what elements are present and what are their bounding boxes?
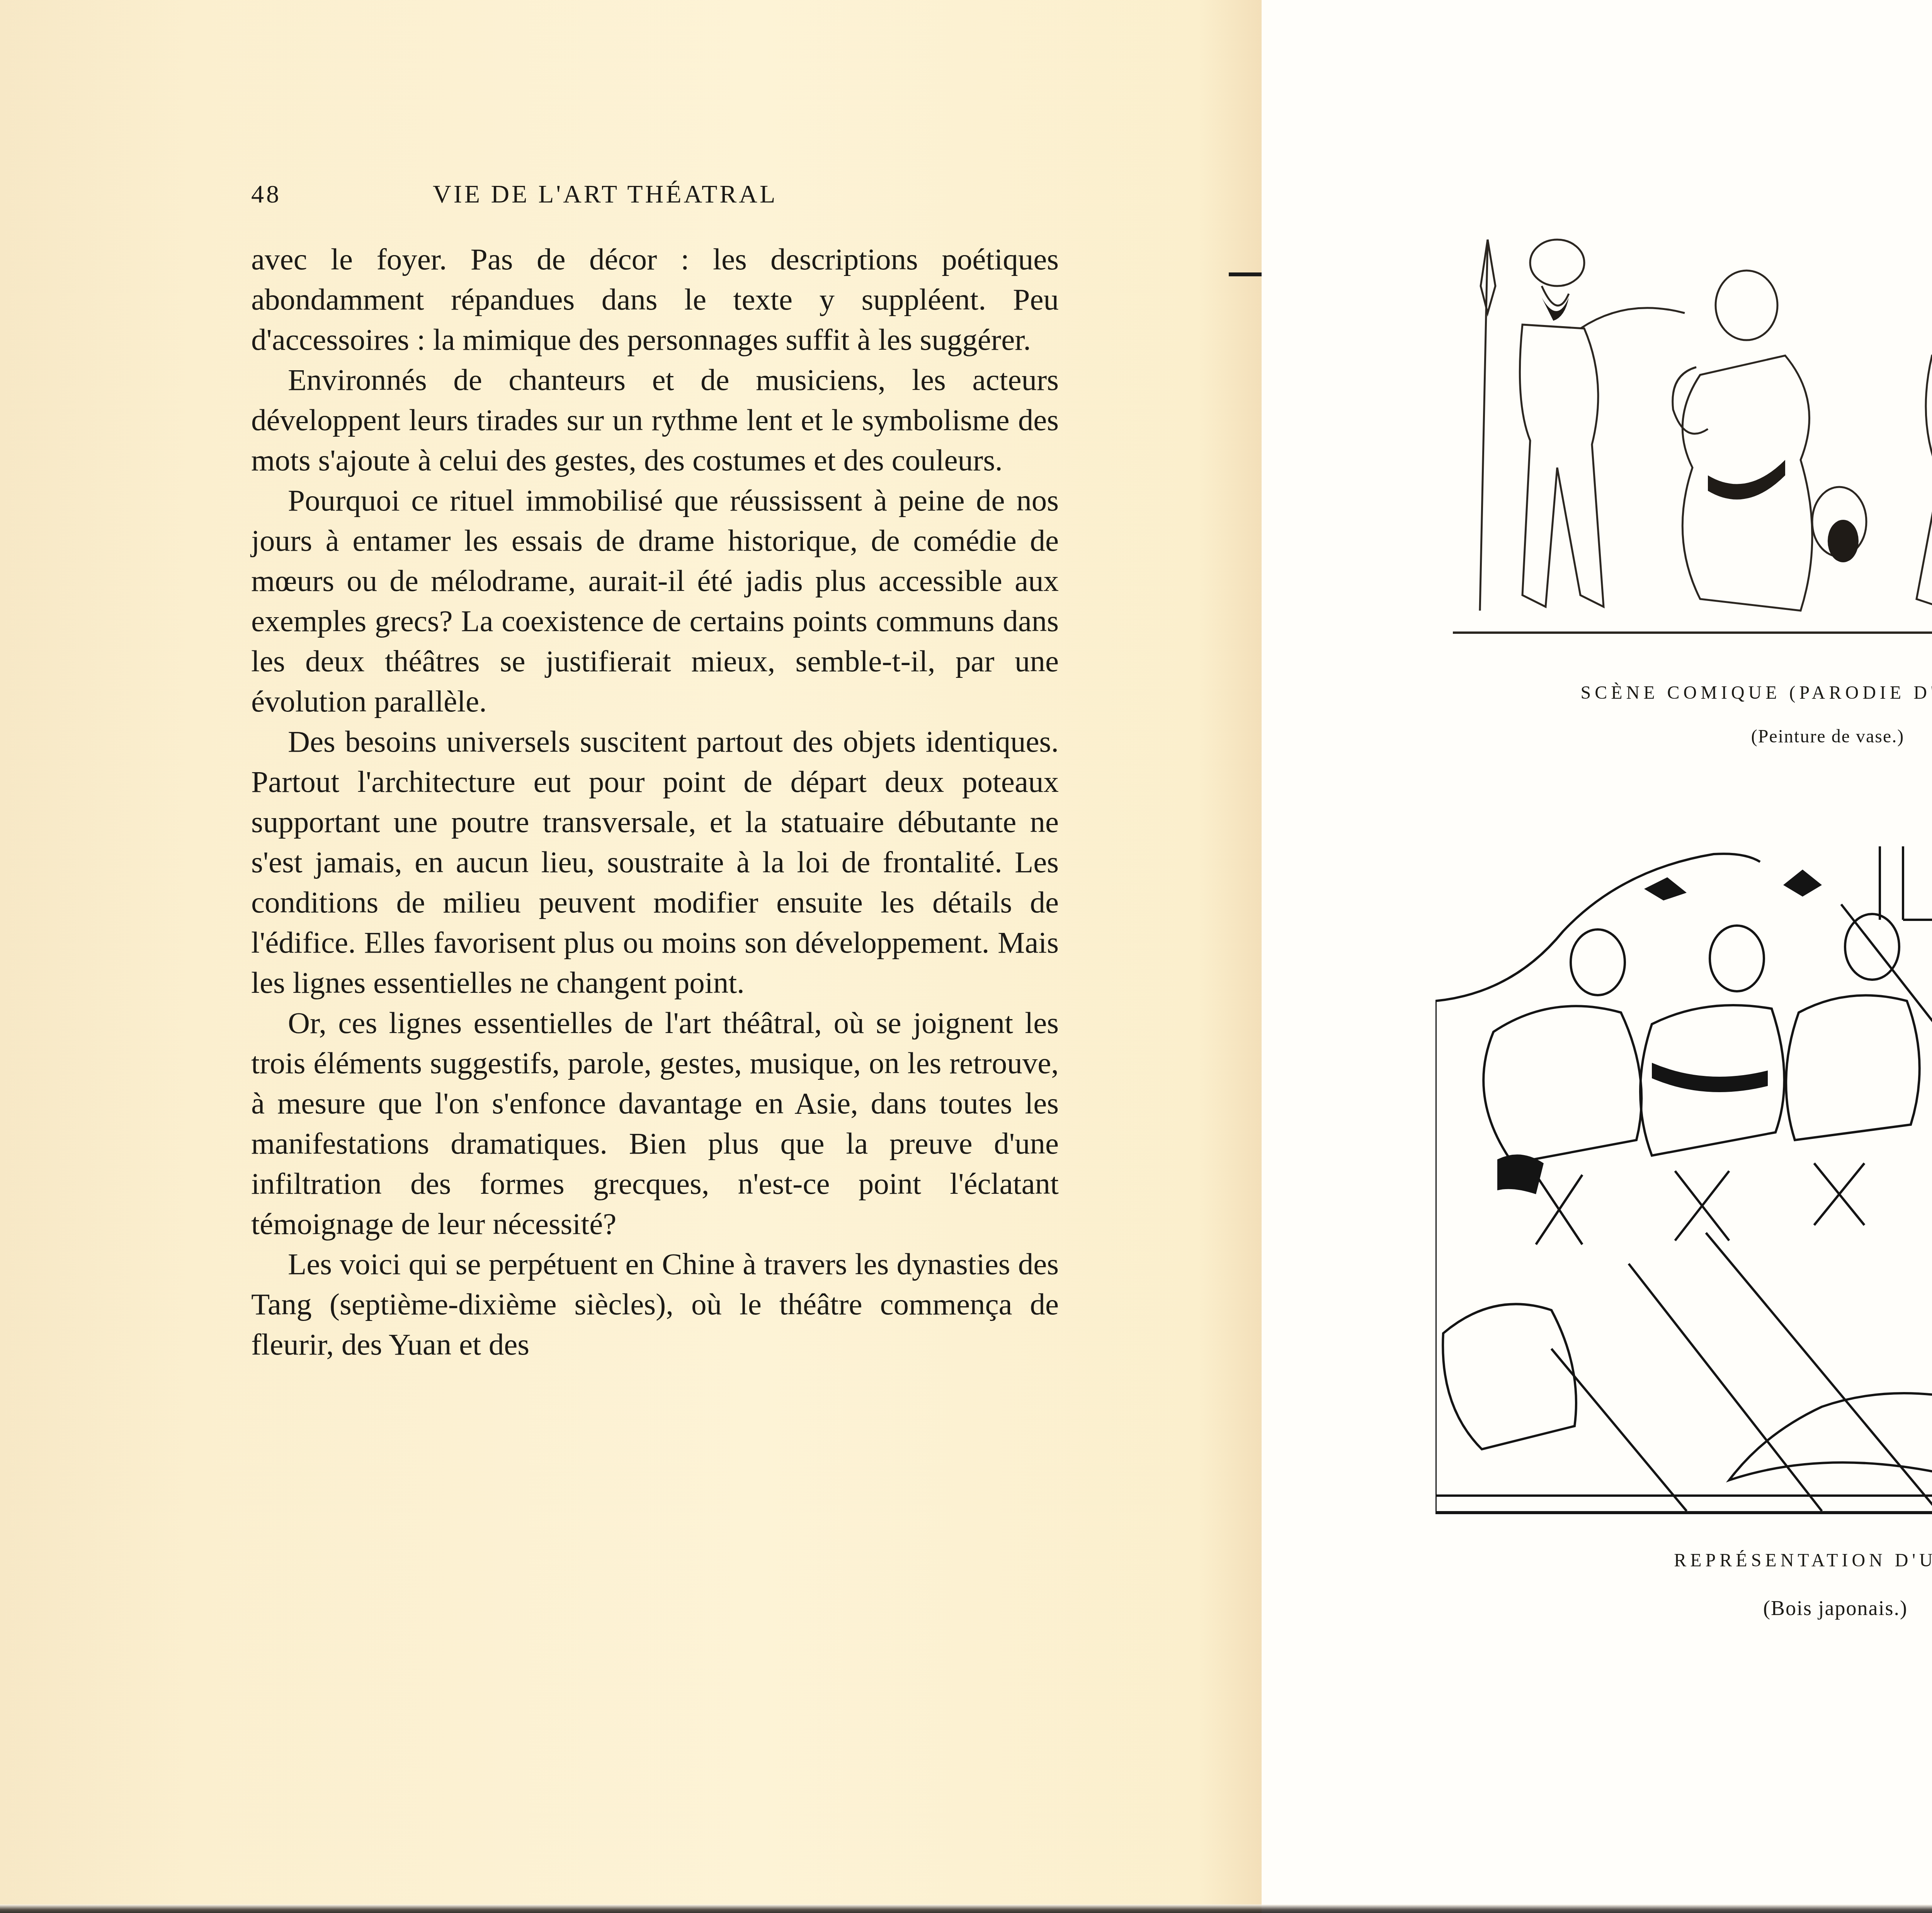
book-bottom-edge <box>0 1904 1932 1913</box>
figure-caption: REPRÉSENTATION D'UN NÔ <box>1565 1550 1932 1571</box>
ground-line <box>1453 631 1932 634</box>
paragraph: Des besoins universels suscitent partout… <box>251 722 1059 1003</box>
paragraph: Or, ces lignes essentielles de l'art thé… <box>251 1003 1059 1244</box>
page-number: 48 <box>251 180 281 209</box>
paragraph: Pourquoi ce rituel immobilisé que réussi… <box>251 481 1059 722</box>
running-title: VIE DE L'ART THÉATRAL <box>433 180 777 209</box>
running-head: 48 VIE DE L'ART THÉATRAL <box>251 180 869 214</box>
body-text: avec le foyer. Pas de décor : les descri… <box>251 240 1059 1365</box>
figure-caption: SCÈNE COMIQUE (PARODIE D'ANTIGONE) <box>1499 682 1932 703</box>
figure-vase-painting <box>1453 228 1932 634</box>
figure-noh-woodblock <box>1435 846 1932 1514</box>
spine-mark <box>1229 272 1262 276</box>
figure-subcaption: (Bois japonais.) <box>1565 1596 1932 1620</box>
paragraph: Environnés de chanteurs et de musiciens,… <box>251 360 1059 481</box>
paragraph: avec le foyer. Pas de décor : les descri… <box>251 240 1059 360</box>
comic-actors-illustration <box>1453 228 1932 634</box>
paragraph: Les voici qui se perpétuent en Chine à t… <box>251 1244 1059 1365</box>
noh-performance-illustration <box>1435 846 1932 1511</box>
figure-subcaption: (Peinture de vase.) <box>1499 726 1932 747</box>
